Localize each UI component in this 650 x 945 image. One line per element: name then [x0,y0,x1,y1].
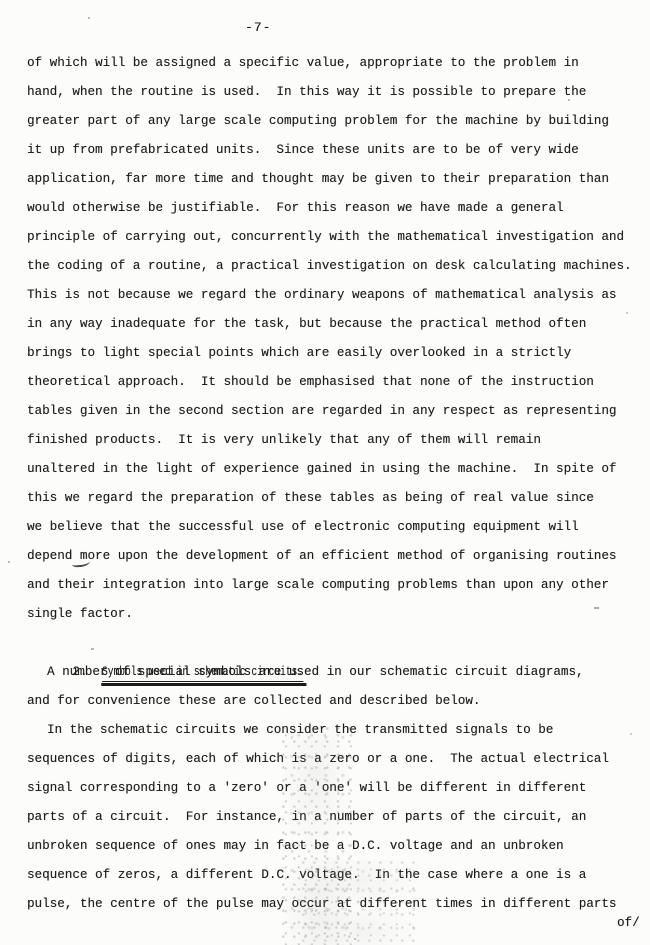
text-line: finished products. It is very unlikely t… [27,426,642,455]
document-page: -7- of which will be assigned a specific… [0,0,650,945]
text-line: this we regard the preparation of these … [27,484,642,513]
text-line: hand, when the routine is used. In this … [27,78,642,107]
text-line: it up from prefabricated units. Since th… [27,136,642,165]
text-line: of which will be assigned a specific val… [27,49,642,78]
text-line: in any way inadequate for the task, but … [27,310,642,339]
text-line: greater part of any large scale computin… [27,107,642,136]
text-line: In the schematic circuits we consider th… [27,716,642,745]
paragraph-3: In the schematic circuits we consider th… [27,716,642,919]
text-line: single factor. [27,600,642,629]
text-line: would otherwise be justifiable. For this… [27,194,642,223]
text-line: application, far more time and thought m… [27,165,642,194]
page-number: -7- [245,20,271,35]
text-line: and their integration into large scale c… [27,571,642,600]
text-line: sequence of zeros, a different D.C. volt… [27,861,642,890]
paragraph-1: of which will be assigned a specific val… [27,49,642,629]
text-line: we believe that the successful use of el… [27,513,642,542]
text-line: unbroken sequence of ones may in fact be… [27,832,642,861]
text-line: signal corresponding to a 'zero' or a 'o… [27,774,642,803]
section-heading: 2.Symbols used in schematic circuits. [27,629,642,658]
section-title: Symbols used in schematic circuits. [102,665,303,682]
text-line: principle of carrying out, concurrently … [27,223,642,252]
scan-speck [88,17,90,19]
text-line: pulse, the centre of the pulse may occur… [27,890,642,919]
text-line: sequences of digits, each of which is a … [27,745,642,774]
text-line: tables given in the second section are r… [27,397,642,426]
document-body: of which will be assigned a specific val… [27,49,642,919]
text-line: and for convenience these are collected … [27,687,642,716]
text-line: the coding of a routine, a practical inv… [27,252,642,281]
text-line: brings to light special points which are… [27,339,642,368]
catchword: of/ [617,916,640,930]
text-line: unaltered in the light of experience gai… [27,455,642,484]
scan-speck [354,938,356,940]
text-line: theoretical approach. It should be empha… [27,368,642,397]
text-line: depend more upon the development of an e… [27,542,642,571]
text-line: parts of a circuit. For instance, in a n… [27,803,642,832]
scan-speck [8,561,10,563]
text-line: This is not because we regard the ordina… [27,281,642,310]
